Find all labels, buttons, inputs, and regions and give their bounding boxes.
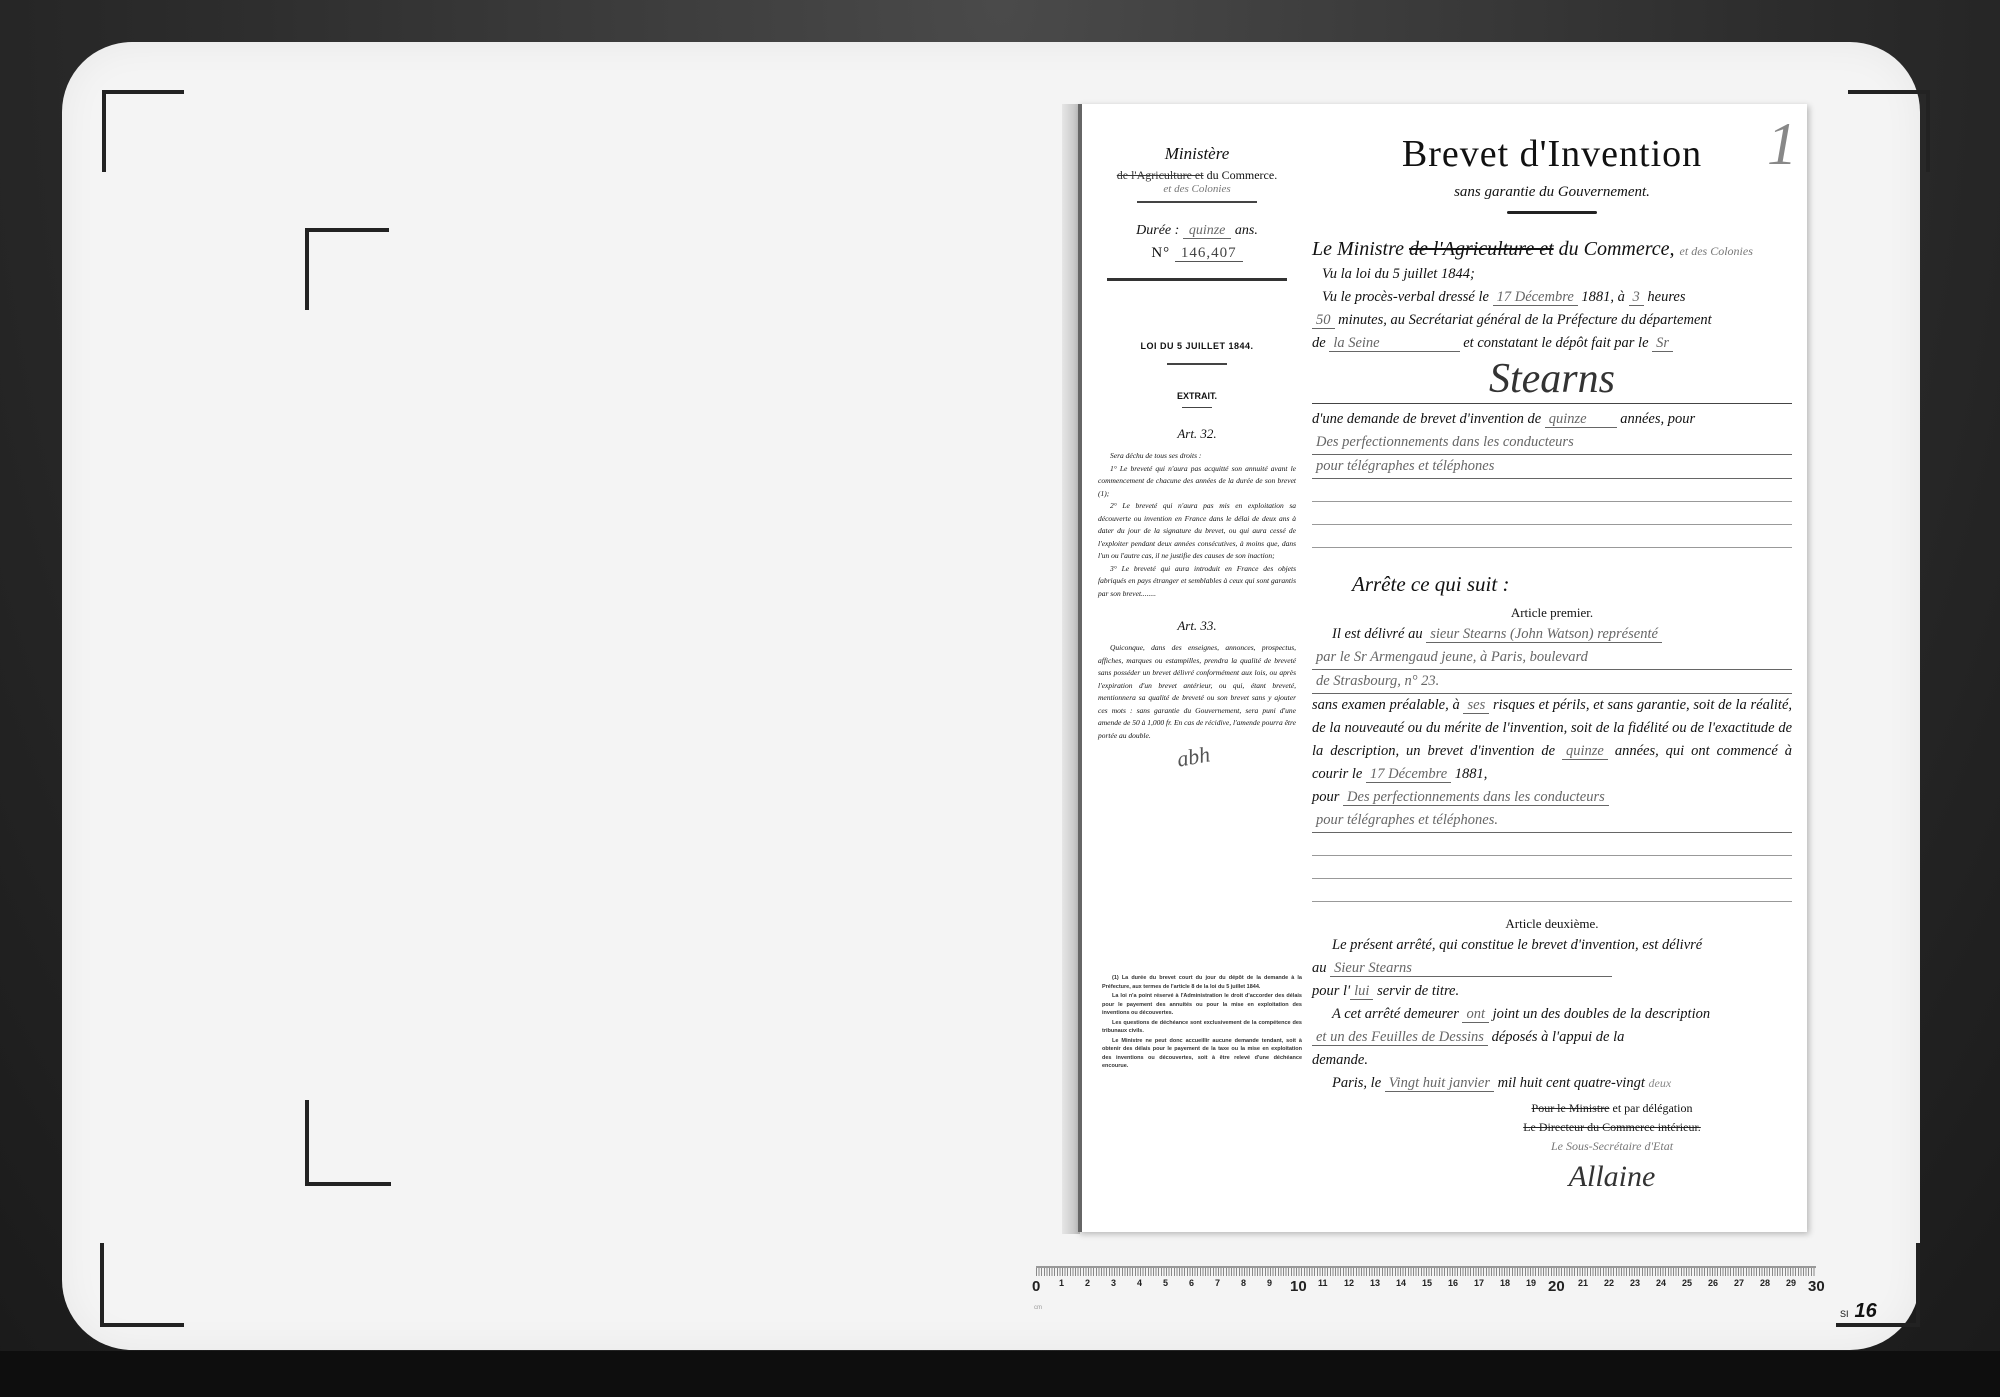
document-title: Brevet d'Invention (1312, 132, 1792, 176)
annex-joint: joint (1493, 1006, 1520, 1022)
ruler-tick-label: 21 (1578, 1278, 1588, 1288)
request-years: quinze (1545, 411, 1617, 428)
article-1-ses: ses (1463, 697, 1489, 714)
duration-unit: ans. (1235, 223, 1258, 238)
request-line: d'une demande de brevet d'invention de q… (1312, 408, 1792, 431)
invention-title-line-1: Des perfectionnements dans les conducteu… (1312, 431, 1792, 455)
ruler-tick-label: 17 (1474, 1278, 1484, 1288)
ruler-tick-label: 22 (1604, 1278, 1614, 1288)
film-edge (0, 1351, 2000, 1397)
blank-line (1312, 879, 1792, 902)
ruler-tick-label: 6 (1189, 1278, 1194, 1288)
date-line: Paris, le Vingt huit janvier mil huit ce… (1312, 1072, 1792, 1095)
annex-line-2: et un des Feuilles de Dessins déposés à … (1312, 1026, 1792, 1049)
article-1-invention-line-1: pour Des perfectionnements dans les cond… (1312, 786, 1792, 809)
ruler-tick-label: 19 (1526, 1278, 1536, 1288)
footnote-paragraph: Le Ministre ne peut donc accueillir aucu… (1102, 1037, 1302, 1071)
ruler-tick-label: 24 (1656, 1278, 1666, 1288)
annex-handwritten: et un des Feuilles de Dessins (1312, 1029, 1488, 1046)
request-suffix: années, pour (1620, 411, 1695, 427)
proces-verbal-prefix: Vu le procès-verbal dressé le (1322, 289, 1489, 305)
invention-title-text: pour télégraphes et téléphones (1312, 455, 1792, 479)
delegation-line: Pour le Ministre et par délégation (1432, 1101, 1792, 1116)
ruler-tick-label: 0 (1032, 1278, 1040, 1295)
annex-line-1: A cet arrêté demeurer ont joint un des d… (1312, 1003, 1792, 1026)
proces-verbal-line: Vu le procès-verbal dressé le 17 Décembr… (1312, 286, 1792, 309)
ministry-heading: Ministère (1092, 144, 1302, 164)
department-prefix: de (1312, 335, 1326, 351)
patent-number-line: N° 146,407 (1092, 245, 1302, 262)
invention-title-text: Des perfectionnements dans les conducteu… (1312, 431, 1792, 455)
duration-value: quinze (1183, 223, 1232, 239)
article-1-invention-line-2: pour télégraphes et téléphones. (1312, 809, 1792, 833)
ruler-tick-label: 18 (1500, 1278, 1510, 1288)
ornament-rule (1507, 211, 1597, 214)
article-2-pour: pour l' (1312, 983, 1350, 999)
article-1-years: quinze (1562, 743, 1608, 760)
patent-document-page: 1 Ministère de l'Agriculture et du Comme… (1078, 104, 1807, 1232)
article-1-start-date: 17 Décembre (1366, 766, 1451, 783)
main-column: Brevet d'Invention sans garantie du Gouv… (1312, 122, 1792, 1194)
article-1-body: sans examen préalable, à ses risques et … (1312, 694, 1792, 786)
ruler-tick-label: 10 (1290, 1278, 1307, 1295)
article-1-text: sans examen préalable, à (1312, 697, 1460, 713)
minister-rest: du Commerce, (1559, 238, 1675, 260)
applicant-title: Sr (1652, 335, 1673, 352)
ruler-tick-label: 25 (1682, 1278, 1692, 1288)
handwritten-initials: abh (1175, 741, 1212, 772)
ruler-tick-label: 23 (1630, 1278, 1640, 1288)
proces-verbal-date: 17 Décembre (1493, 289, 1578, 306)
ruler-tick-label: 9 (1267, 1278, 1272, 1288)
date-year-handwritten: deux (1649, 1076, 1672, 1090)
holder-text: de Strasbourg, n° 23. (1312, 670, 1792, 694)
request-prefix: d'une demande de brevet d'invention de (1312, 411, 1541, 427)
ruler-tick-label: 28 (1760, 1278, 1770, 1288)
ornament-rule (1137, 201, 1257, 203)
law-title: LOI DU 5 JUILLET 1844. (1092, 341, 1302, 351)
signature-authority: Pour le Ministre et par délégation Le Di… (1312, 1101, 1792, 1194)
director-struck-text: Le Directeur du Commerce intérieur. (1523, 1120, 1701, 1134)
corner-mark-outer-top-left (102, 90, 184, 172)
ornament-rule (1182, 407, 1212, 408)
blank-line (1312, 525, 1792, 548)
frame-stamp: SI16 (1840, 1300, 1877, 1323)
ornament-rule (1167, 363, 1227, 365)
deposit-text: et constatant le dépôt fait par le (1463, 335, 1648, 351)
department-value: la Seine (1329, 335, 1459, 352)
article-2-title-line: pour l'lui servir de titre. (1312, 980, 1792, 1003)
ruler-tick-label: 20 (1548, 1278, 1565, 1295)
minister-line: Le Ministre de l'Agriculture et du Comme… (1312, 238, 1792, 263)
annex-prefix: A cet arrêté demeurer (1332, 1006, 1459, 1022)
ruler-tick-label: 30 (1808, 1278, 1825, 1295)
patent-number-value: 146,407 (1175, 245, 1243, 262)
annex-line-3: demande. (1312, 1049, 1792, 1072)
holder-text: par le Sr Armengaud jeune, à Paris, boul… (1312, 646, 1792, 670)
date-text: mil huit cent quatre-vingt (1498, 1075, 1645, 1091)
corner-mark-inner-top-left (305, 228, 389, 310)
scale-ruler-labels: 0 1 2 3 4 5 6 7 8 9 10 11 12 13 14 15 16… (1032, 1278, 1832, 1298)
article-1-holder-line-3: de Strasbourg, n° 23. (1312, 670, 1792, 694)
proces-verbal-hour: 3 (1629, 289, 1644, 306)
article-1-prefix: Il est délivré au (1332, 626, 1423, 642)
ruler-tick-label: 14 (1396, 1278, 1406, 1288)
ruler-tick-label: 26 (1708, 1278, 1718, 1288)
footnote-paragraph: La loi n'a point réservé à l'Administrat… (1102, 992, 1302, 1018)
ruler-tick-label: 27 (1734, 1278, 1744, 1288)
minutes-text: minutes, au Secrétariat général de la Pr… (1338, 312, 1712, 328)
ruler-tick-label: 8 (1241, 1278, 1246, 1288)
article-32-paragraph: 2° Le breveté qui n'aura pas mis en expl… (1098, 500, 1296, 563)
director-line: Le Directeur du Commerce intérieur. (1432, 1120, 1792, 1135)
extract-heading: EXTRAIT. (1092, 391, 1302, 401)
ruler-tick-label: 16 (1448, 1278, 1458, 1288)
ruler-tick-label: 29 (1786, 1278, 1796, 1288)
ruler-tick-label: 3 (1111, 1278, 1116, 1288)
article-32-title: Art. 32. (1092, 426, 1302, 442)
date-handwritten: Vingt huit janvier (1385, 1075, 1494, 1092)
ministry-handwritten-addition: et des Colonies (1092, 183, 1302, 195)
signature: Allaine (1432, 1160, 1792, 1194)
patent-number-label: N° (1151, 245, 1170, 261)
scale-unit-label: cm (1034, 1305, 1042, 1311)
ruler-tick-label: 12 (1344, 1278, 1354, 1288)
article-2-text: Le présent arrêté, qui constitue le brev… (1312, 934, 1792, 957)
invention-title-text: pour télégraphes et téléphones. (1312, 809, 1792, 833)
blank-line (1312, 833, 1792, 856)
ruler-tick-label: 2 (1085, 1278, 1090, 1288)
article-2-holder: Sieur Stearns (1330, 960, 1612, 977)
article-1-holder-line-2: par le Sr Armengaud jeune, à Paris, boul… (1312, 646, 1792, 670)
article-2-lui: lui (1350, 983, 1373, 1000)
article-33-paragraph: Quiconque, dans des enseignes, annonces,… (1098, 642, 1296, 742)
corner-mark-outer-bottom-left (100, 1243, 184, 1327)
ruler-tick-label: 7 (1215, 1278, 1220, 1288)
footnotes: (1) La durée du brevet court du jour du … (1092, 974, 1312, 1072)
proces-verbal-year: 1881, à (1581, 289, 1625, 305)
corner-mark-outer-top-right (1848, 90, 1930, 172)
minutes-value: 50 (1312, 312, 1335, 329)
applicant-name: Stearns (1312, 355, 1792, 404)
ministry-name: de l'Agriculture et du Commerce. (1092, 168, 1302, 183)
blank-line (1312, 502, 1792, 525)
article-32-paragraph: Sera déchu de tous ses droits : (1098, 450, 1296, 463)
corner-mark-inner-bottom-left (305, 1100, 391, 1186)
date-prefix: Paris, le (1332, 1075, 1381, 1091)
annex-text: un des doubles de la description (1523, 1006, 1710, 1022)
ministry-rest-text: du Commerce. (1207, 168, 1278, 182)
article-33-title: Art. 33. (1092, 618, 1302, 634)
minister-handwritten-addition: et des Colonies (1680, 244, 1753, 258)
delegation-text: et par délégation (1613, 1101, 1693, 1115)
blank-line (1312, 479, 1792, 502)
frame-label: SI (1840, 1309, 1849, 1319)
decree-heading: Arrête ce qui suit : (1312, 572, 1792, 597)
ruler-tick-label: 13 (1370, 1278, 1380, 1288)
divider-rule (1107, 278, 1287, 281)
department-line: de la Seine et constatant le dépôt fait … (1312, 332, 1792, 355)
article-1-start-year: 1881, (1455, 766, 1488, 782)
article-2-title: Article deuxième. (1312, 916, 1792, 932)
hours-label: heures (1647, 289, 1685, 305)
article-32-paragraph: 3° Le breveté qui aura introduit en Fran… (1098, 563, 1296, 601)
article-1-pour: pour (1312, 789, 1339, 805)
frame-number: 16 (1855, 1300, 1877, 1322)
article-2-holder-line: au Sieur Stearns (1312, 957, 1792, 980)
ruler-tick-label: 4 (1137, 1278, 1142, 1288)
article-33-text: Quiconque, dans des enseignes, annonces,… (1092, 642, 1302, 742)
article-2-au: au (1312, 960, 1327, 976)
footnote-paragraph: Les questions de déchéance sont exclusiv… (1102, 1019, 1302, 1036)
law-reference-line: Vu la loi du 5 juillet 1844; (1312, 263, 1792, 286)
ruler-tick-label: 15 (1422, 1278, 1432, 1288)
duration-label: Durée : (1136, 223, 1179, 238)
minister-prefix: Le Ministre (1312, 238, 1404, 260)
holder-text: sieur Stearns (John Watson) représenté (1426, 626, 1662, 643)
ruler-tick-label: 1 (1059, 1278, 1064, 1288)
annex-suffix: déposés à l'appui de la (1492, 1029, 1625, 1045)
article-32-paragraph: 1° Le breveté qui n'aura pas acquitté so… (1098, 463, 1296, 501)
ministry-struck-text: de l'Agriculture et (1117, 168, 1204, 182)
article-1-holder-line-1: Il est délivré au sieur Stearns (John Wa… (1312, 623, 1792, 646)
blank-line (1312, 856, 1792, 879)
annex-ont: ont (1462, 1006, 1489, 1023)
footnote-paragraph: (1) La durée du brevet court du jour du … (1102, 974, 1302, 991)
document-subtitle: sans garantie du Gouvernement. (1312, 184, 1792, 201)
delegation-struck-text: Pour le Ministre (1532, 1101, 1610, 1115)
invention-title-line-2: pour télégraphes et téléphones (1312, 455, 1792, 479)
minister-struck-text: de l'Agriculture et (1409, 238, 1554, 260)
article-32-text: Sera déchu de tous ses droits : 1° Le br… (1092, 450, 1302, 600)
margin-column: Ministère de l'Agriculture et du Commerc… (1092, 144, 1302, 742)
article-2-servir: servir de titre. (1377, 983, 1459, 999)
minutes-line: 50 minutes, au Secrétariat général de la… (1312, 309, 1792, 332)
ruler-tick-label: 11 (1318, 1278, 1328, 1288)
article-1-title: Article premier. (1312, 605, 1792, 621)
invention-title-text: Des perfectionnements dans les conducteu… (1343, 789, 1609, 806)
ruler-tick-label: 5 (1163, 1278, 1168, 1288)
duration-line: Durée : quinze ans. (1092, 223, 1302, 239)
undersecretary-handwritten: Le Sous-Secrétaire d'Etat (1432, 1139, 1792, 1154)
